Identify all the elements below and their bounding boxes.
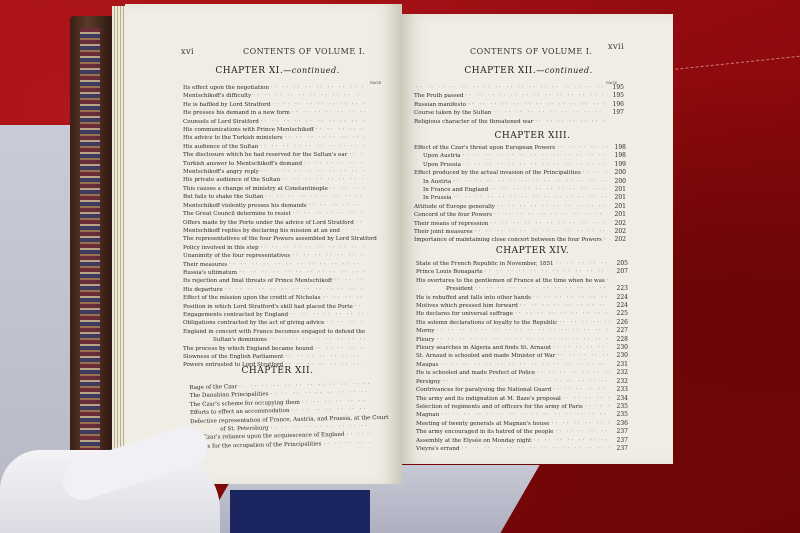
toc-entry-title: Concord of the four Powers <box>414 211 492 219</box>
leader-dots <box>533 294 610 302</box>
toc-entry: The Pruth passed195 <box>414 92 624 100</box>
leader-dots <box>326 319 365 327</box>
leader-dots <box>454 194 609 202</box>
toc-entry-title: Vieyra's errand <box>416 445 460 453</box>
toc-entry-page <box>367 219 383 227</box>
leader-dots <box>497 203 608 211</box>
left-running-head: CONTENTS OF VOLUME I. <box>243 47 365 56</box>
toc-entry-page <box>367 84 383 92</box>
toc-entry: Turkish answer to Mentschikoff's demand <box>183 160 383 168</box>
toc-entry-title: Its rejection and final threats of Princ… <box>183 277 332 285</box>
toc-entry-title: Slowness of the English Parliament <box>183 353 283 361</box>
toc-entry: State of the French Republic in November… <box>416 260 628 268</box>
toc-entry-page: 233 <box>612 386 628 394</box>
toc-entry: St. Arnaud is schooled and made Minister… <box>416 352 628 360</box>
left-page: xvi CONTENTS OF VOLUME I. CHAPTER XI.—co… <box>125 4 402 484</box>
leader-dots <box>322 294 365 302</box>
toc-entry: Importance of maintaining close concert … <box>414 236 626 244</box>
right-page: CONTENTS OF VOLUME I. xvii CHAPTER XII.—… <box>400 14 673 464</box>
toc-entry-page <box>367 286 383 294</box>
toc-entry-title: This causes a change of ministry at Cons… <box>183 185 328 193</box>
leader-dots <box>555 428 610 436</box>
leader-dots <box>533 437 610 445</box>
toc-entry: Religious character of the threatened wa… <box>414 118 624 126</box>
toc-entry: Fleury228 <box>416 336 628 344</box>
leader-dots <box>315 345 365 353</box>
toc-entry: Its effect upon the negotiation <box>183 84 383 92</box>
toc-entry: Russia's ultimatum <box>183 269 383 277</box>
toc-entry-page <box>367 244 383 252</box>
toc-entry-page: 198 <box>610 152 626 160</box>
toc-entry-page <box>367 143 383 151</box>
toc-entry: Unanimity of the four representatives <box>183 252 383 260</box>
toc-entry-title: President <box>416 285 473 293</box>
toc-entry-page: 195 <box>608 92 624 100</box>
leader-dots <box>261 168 365 176</box>
toc-entry-title: His departure <box>183 286 223 294</box>
leader-dots <box>553 386 610 394</box>
toc-entry-page <box>373 439 389 448</box>
toc-entry-page: 201 <box>610 194 626 202</box>
toc-entry-page <box>367 353 383 361</box>
toc-entry-title: In Prussia <box>414 194 452 202</box>
leader-dots <box>292 109 365 117</box>
right-chapter-heading-3: CHAPTER XIV. <box>396 246 669 256</box>
toc-entry-title: Meeting of twenty generals at Magnan's h… <box>416 420 549 428</box>
toc-entry: In France and England201 <box>414 186 626 194</box>
left-chapter-heading-1: CHAPTER XI.—continued. <box>139 66 416 76</box>
toc-entry-title: The Great Council determine to resist <box>183 210 291 218</box>
right-toc-chapter-xiv: State of the French Republic in November… <box>416 260 628 453</box>
toc-entry-page: 225 <box>612 310 628 318</box>
toc-entry: Their measures <box>183 261 383 269</box>
toc-entry: His private audience of the Sultan <box>183 176 383 184</box>
leader-dots <box>453 178 608 186</box>
toc-entry-page: 198 <box>610 144 626 152</box>
toc-entry-page <box>367 252 383 260</box>
toc-entry-title: Mentschikoff's angry reply <box>183 168 259 176</box>
toc-entry: Mentschikoff violently presses his deman… <box>183 202 383 210</box>
toc-entry: Russian manifesto196 <box>414 101 624 109</box>
leader-dots <box>475 285 610 293</box>
toc-entry-page: 224 <box>612 302 628 310</box>
toc-entry: Their joint measures202 <box>414 228 626 236</box>
leader-dots <box>293 210 365 218</box>
toc-entry-title: Maupas <box>416 361 438 369</box>
toc-entry: Magnan235 <box>416 411 628 419</box>
toc-entry: Their means of repression202 <box>414 220 626 228</box>
leader-dots <box>494 211 608 219</box>
toc-entry-page <box>367 202 383 210</box>
toc-entry-title: The army encouraged in its hatred of the… <box>416 428 553 436</box>
toc-entry: Maupas231 <box>416 361 628 369</box>
toc-entry-title: Engagements contracted by England <box>183 311 288 319</box>
toc-entry: His solemn declarations of loyalty to th… <box>416 319 628 327</box>
leader-dots <box>253 92 365 100</box>
toc-entry-title: Position in which Lord Stratford's skill… <box>183 303 353 311</box>
leader-dots <box>292 252 365 260</box>
toc-entry-page: 201 <box>610 211 626 219</box>
marbled-endpaper <box>80 28 100 456</box>
toc-entry: The process by which England became boun… <box>183 345 383 353</box>
toc-entry-page: 234 <box>612 395 628 403</box>
toc-entry: Policy involved in this step <box>183 244 383 252</box>
toc-entry-page <box>367 92 383 100</box>
toc-entry: He is rebuffed and falls into other hand… <box>416 294 628 302</box>
toc-entry-title: His communications with Prince Mentschik… <box>183 126 314 134</box>
toc-entry-page <box>367 118 383 126</box>
leader-dots <box>553 344 610 352</box>
toc-entry-page <box>367 109 383 117</box>
toc-entry: Morny227 <box>416 327 628 335</box>
toc-entry: Counsels of Lord Stratford <box>183 118 383 126</box>
toc-entry: The representatives of the four Powers a… <box>183 235 383 243</box>
toc-entry-page <box>367 261 383 269</box>
leader-dots <box>466 92 606 100</box>
toc-entry: His audience of the Sultan <box>183 143 383 151</box>
toc-entry-page: 237 <box>612 437 628 445</box>
toc-entry-page: 195 <box>608 84 624 92</box>
toc-entry-page: 237 <box>612 428 628 436</box>
toc-entry-page: 202 <box>610 220 626 228</box>
leader-dots <box>239 269 365 277</box>
leader-dots <box>583 169 608 177</box>
toc-entry-title: In France and England <box>414 186 488 194</box>
leader-dots <box>462 445 610 453</box>
toc-entry-page <box>367 134 383 142</box>
toc-entry: The disclosure which he had reserved for… <box>183 151 383 159</box>
toc-entry-title: Selection of regiments and of officers f… <box>416 403 583 411</box>
toc-entry-title: Offers made by the Porte under the advic… <box>183 219 354 227</box>
leader-dots <box>475 228 608 236</box>
leader-dots <box>436 336 610 344</box>
toc-entry: Effect of the mission upon the credit of… <box>183 294 383 302</box>
toc-entry-title: Russia's ultimatum <box>183 269 237 277</box>
toc-entry: 195 <box>414 84 624 92</box>
toc-entry-page <box>372 422 388 431</box>
toc-entry-page <box>371 380 387 389</box>
toc-entry-title: State of the French Republic in November… <box>416 260 554 268</box>
toc-entry-title: Persigny <box>416 378 441 386</box>
toc-entry: He declares for universal suffrage225 <box>416 310 628 318</box>
left-toc-chapter-xii: Rage of the CzarThe Danubian Principalit… <box>189 380 388 451</box>
toc-entry-title: Motives which pressed him forward <box>416 302 518 310</box>
toc-entry-title: Fleury <box>416 336 434 344</box>
toc-entry: Engagements contracted by England <box>183 311 383 319</box>
toc-entry-page <box>367 101 383 109</box>
right-toc-chapter-xiii: Effect of the Czar's threat upon Europea… <box>414 144 626 245</box>
toc-entry-title: He presses his demand in a new form <box>183 109 290 117</box>
toc-entry-title: The army and its indignation at M. Baze'… <box>416 395 561 403</box>
leader-dots <box>271 84 365 92</box>
toc-entry-page: 232 <box>612 378 628 386</box>
toc-entry-title: He declares for universal suffrage <box>416 310 513 318</box>
leader-dots <box>416 84 606 92</box>
toc-entry-page <box>371 388 387 397</box>
toc-entry-title: Russian manifesto <box>414 101 466 109</box>
toc-entry-title: His private audience of the Sultan <box>183 176 280 184</box>
leader-dots <box>304 160 365 168</box>
leader-dots <box>468 101 606 109</box>
toc-entry-title: His solemn declarations of loyalty to th… <box>416 319 557 327</box>
toc-entry: The army encouraged in its hatred of the… <box>416 428 628 436</box>
left-folio: xvi <box>181 47 194 56</box>
toc-entry-title: In Austria <box>414 178 451 186</box>
toc-entry-page: 230 <box>612 344 628 352</box>
toc-entry: But fails to shake the Sultan <box>183 193 383 201</box>
toc-entry: England in concert with France becomes e… <box>183 328 383 336</box>
toc-entry-title: Effect of the mission upon the credit of… <box>183 294 320 302</box>
leader-dots <box>440 361 610 369</box>
leader-dots <box>334 277 365 285</box>
toc-entry-page: 224 <box>612 294 628 302</box>
leader-dots <box>260 143 365 151</box>
toc-entry-page: 226 <box>612 319 628 327</box>
left-toc-chapter-xi: Its effect upon the negotiationMentschik… <box>183 84 383 370</box>
toc-entry-title: He is schooled and made Prefect of Polic… <box>416 369 535 377</box>
toc-entry-title: Upon Austria <box>414 152 461 160</box>
leader-dots <box>537 369 610 377</box>
toc-entry-title: Mentschikoff's difficulty <box>183 92 251 100</box>
toc-entry-title: Attitude of Europe generally <box>414 203 495 211</box>
leader-dots <box>585 403 610 411</box>
toc-entry-page: 197 <box>608 109 624 117</box>
toc-entry-title: Its effect upon the negotiation <box>183 84 269 92</box>
toc-entry-title: Their measures <box>183 261 227 269</box>
toc-entry-page <box>367 185 383 193</box>
toc-entry-title: Assembly at the Elysée on Monday night <box>416 437 531 445</box>
leader-dots <box>515 310 610 318</box>
toc-entry: He is schooled and made Prefect of Polic… <box>416 369 628 377</box>
toc-entry: Selection of regiments and of officers f… <box>416 403 628 411</box>
toc-entry-page: 201 <box>610 186 626 194</box>
toc-entry-title: Upon Prussia <box>414 161 461 169</box>
toc-entry-page: 205 <box>612 260 628 268</box>
toc-entry-page <box>367 269 383 277</box>
toc-entry-page <box>367 151 383 159</box>
toc-entry-page: 230 <box>612 352 628 360</box>
toc-entry: Attitude of Europe generally201 <box>414 203 626 211</box>
toc-entry-title: St. Arnaud is schooled and made Minister… <box>416 352 555 360</box>
leader-dots <box>559 319 610 327</box>
toc-entry-title: Effect of the Czar's threat upon Europea… <box>414 144 555 152</box>
toc-entry-title: His advice to the Turkish ministers <box>183 134 283 142</box>
leader-dots <box>229 261 365 269</box>
toc-entry: Effect produced by the actual invasion o… <box>414 169 626 177</box>
toc-entry-title: Counsels of Lord Stratford <box>183 118 259 126</box>
toc-entry-page <box>612 277 628 285</box>
toc-entry: Upon Austria198 <box>414 152 626 160</box>
toc-entry-page <box>608 118 624 126</box>
leader-dots <box>342 227 365 235</box>
toc-entry-page: 235 <box>612 403 628 411</box>
leader-dots <box>285 353 365 361</box>
leader-dots <box>269 336 365 344</box>
toc-entry-title: Magnan <box>416 411 439 419</box>
toc-entry-page: 202 <box>610 228 626 236</box>
leader-dots <box>443 378 611 386</box>
leader-dots <box>261 118 365 126</box>
leader-dots <box>556 260 610 268</box>
toc-entry-page: 232 <box>612 369 628 377</box>
toc-entry-page: 235 <box>612 411 628 419</box>
toc-entry-title: Mentschikoff replies by declaring his mi… <box>183 227 340 235</box>
toc-entry: In Austria200 <box>414 178 626 186</box>
toc-entry: Assembly at the Elysée on Monday night23… <box>416 437 628 445</box>
leader-dots <box>557 352 610 360</box>
toc-entry: Mentschikoff's angry reply <box>183 168 383 176</box>
right-chapter-heading-2: CHAPTER XIII. <box>396 131 669 141</box>
toc-entry-page <box>367 319 383 327</box>
toc-entry-title: Contrivances for paralysing the National… <box>416 386 551 394</box>
toc-entry: His departure <box>183 286 383 294</box>
toc-entry: Slowness of the English Parliament <box>183 353 383 361</box>
leader-dots <box>330 185 365 193</box>
leader-dots <box>265 193 365 201</box>
toc-entry-title: Orders for the occupation of the Princip… <box>191 440 322 451</box>
leader-dots <box>316 126 365 134</box>
right-running-head: CONTENTS OF VOLUME I. <box>470 47 592 56</box>
toc-entry-title: Turkish answer to Mentschikoff's demand <box>183 160 302 168</box>
toc-entry-page <box>367 160 383 168</box>
toc-entry: His advice to the Turkish ministers <box>183 134 383 142</box>
toc-entry: Effect of the Czar's threat upon Europea… <box>414 144 626 152</box>
leader-dots <box>490 220 608 228</box>
toc-entry: Fleury searches in Algeria and finds St.… <box>416 344 628 352</box>
toc-entry: The Great Council determine to resist <box>183 210 383 218</box>
toc-entry-page: 202 <box>610 236 626 244</box>
toc-entry-page <box>367 193 383 201</box>
leader-dots <box>437 327 610 335</box>
toc-entry-page <box>367 311 383 319</box>
leader-dots <box>557 144 608 152</box>
toc-entry-title: Fleury searches in Algeria and finds St.… <box>416 344 551 352</box>
toc-entry: He presses his demand in a new form <box>183 109 383 117</box>
leader-dots <box>604 236 608 244</box>
toc-entry-page <box>367 345 383 353</box>
leader-dots <box>535 118 606 126</box>
toc-entry-title: Morny <box>416 327 435 335</box>
leader-dots <box>285 134 365 142</box>
leader-dots <box>309 202 365 210</box>
leader-dots <box>349 151 365 159</box>
toc-entry: In Prussia201 <box>414 194 626 202</box>
toc-entry-page <box>369 328 385 336</box>
toc-entry-title: The representatives of the four Powers a… <box>183 235 377 243</box>
leader-dots <box>441 411 610 419</box>
leader-dots <box>463 161 608 169</box>
toc-entry-title: His audience of the Sultan <box>183 143 258 151</box>
toc-entry: Obligations contracted by the act of giv… <box>183 319 383 327</box>
toc-entry-page <box>367 277 383 285</box>
toc-entry-title: Effect produced by the actual invasion o… <box>414 169 581 177</box>
toc-entry-title: He is rebuffed and falls into other hand… <box>416 294 531 302</box>
toc-entry-title: The process by which England became boun… <box>183 345 313 353</box>
toc-entry: His overtures to the gentlemen of France… <box>416 277 628 285</box>
leader-dots <box>607 277 610 285</box>
right-chapter-heading-1: CHAPTER XII.—continued. <box>392 66 665 76</box>
right-toc-chapter-xii: 195The Pruth passed195Russian manifesto1… <box>414 84 624 126</box>
toc-entry-page <box>367 210 383 218</box>
toc-entry-page: 200 <box>610 169 626 177</box>
toc-entry: Vieyra's errand237 <box>416 445 628 453</box>
toc-entry-page: 201 <box>610 203 626 211</box>
toc-entry-page <box>372 397 388 406</box>
toc-entry: His communications with Prince Mentschik… <box>183 126 383 134</box>
toc-entry: Persigny232 <box>416 378 628 386</box>
toc-entry: Course taken by the Sultan197 <box>414 109 624 117</box>
toc-entry: He is baffled by Lord Stratford <box>183 101 383 109</box>
toc-entry-page <box>372 430 388 439</box>
toc-entry-title: Importance of maintaining close concert … <box>414 236 602 244</box>
toc-entry: Position in which Lord Stratford's skill… <box>183 303 383 311</box>
toc-entry: Motives which pressed him forward224 <box>416 302 628 310</box>
toc-entry: Its rejection and final threats of Princ… <box>183 277 383 285</box>
toc-entry-page <box>367 303 383 311</box>
leader-dots <box>520 302 610 310</box>
leader-dots <box>225 286 365 294</box>
toc-entry-page: 228 <box>612 336 628 344</box>
toc-entry-page: 227 <box>612 327 628 335</box>
toc-entry-title: Their means of repression <box>414 220 488 228</box>
leader-dots <box>463 152 608 160</box>
toc-entry: Offers made by the Porte under the advic… <box>183 219 383 227</box>
toc-entry-continuation: Sultan's dominions <box>183 336 383 344</box>
toc-entry-title: He is baffled by Lord Stratford <box>183 101 270 109</box>
toc-entry-title: His overtures to the gentlemen of France… <box>416 277 605 285</box>
toc-entry-page <box>372 405 388 414</box>
toc-entry-title: Policy involved in this step <box>183 244 259 252</box>
toc-entry-title: Religious character of the threatened wa… <box>414 118 533 126</box>
toc-entry-title: Unanimity of the four representatives <box>183 252 290 260</box>
leader-dots <box>563 395 610 403</box>
toc-entry-page: 207 <box>612 268 628 276</box>
toc-entry-title: England in concert with France becomes e… <box>183 328 365 336</box>
toc-entry: The army and its indignation at M. Baze'… <box>416 395 628 403</box>
toc-entry-page: 237 <box>612 445 628 453</box>
toc-entry: Prince Louis Bonaparte207 <box>416 268 628 276</box>
toc-entry-title: Obligations contracted by the act of giv… <box>183 319 324 327</box>
toc-entry-page <box>367 126 383 134</box>
toc-entry: Contrivances for paralysing the National… <box>416 386 628 394</box>
toc-entry-title: Sultan's dominions <box>183 336 267 344</box>
toc-entry-page: 236 <box>612 420 628 428</box>
toc-entry-page <box>367 168 383 176</box>
navy-cloth <box>230 490 370 533</box>
toc-entry: Mentschikoff's difficulty <box>183 92 383 100</box>
toc-entry-page: 196 <box>608 101 624 109</box>
toc-entry-page <box>367 294 383 302</box>
toc-entry-page <box>367 227 383 235</box>
leader-dots <box>490 186 608 194</box>
leader-dots <box>261 244 365 252</box>
toc-entry-title: Prince Louis Bonaparte <box>416 268 483 276</box>
toc-entry-page <box>367 176 383 184</box>
leader-dots <box>493 109 606 117</box>
toc-entry: Mentschikoff replies by declaring his mi… <box>183 227 383 235</box>
toc-entry-page <box>381 235 397 243</box>
toc-entry-page: 231 <box>612 361 628 369</box>
toc-entry-page <box>367 336 383 344</box>
toc-entry-title: Their joint measures <box>414 228 473 236</box>
leader-dots <box>485 268 610 276</box>
toc-entry-continuation: President223 <box>416 285 628 293</box>
toc-entry-title: Mentschikoff violently presses his deman… <box>183 202 307 210</box>
toc-entry-title: But fails to shake the Sultan <box>183 193 263 201</box>
leader-dots <box>355 303 365 311</box>
leader-dots <box>290 311 365 319</box>
toc-entry-title: The disclosure which he had reserved for… <box>183 151 347 159</box>
